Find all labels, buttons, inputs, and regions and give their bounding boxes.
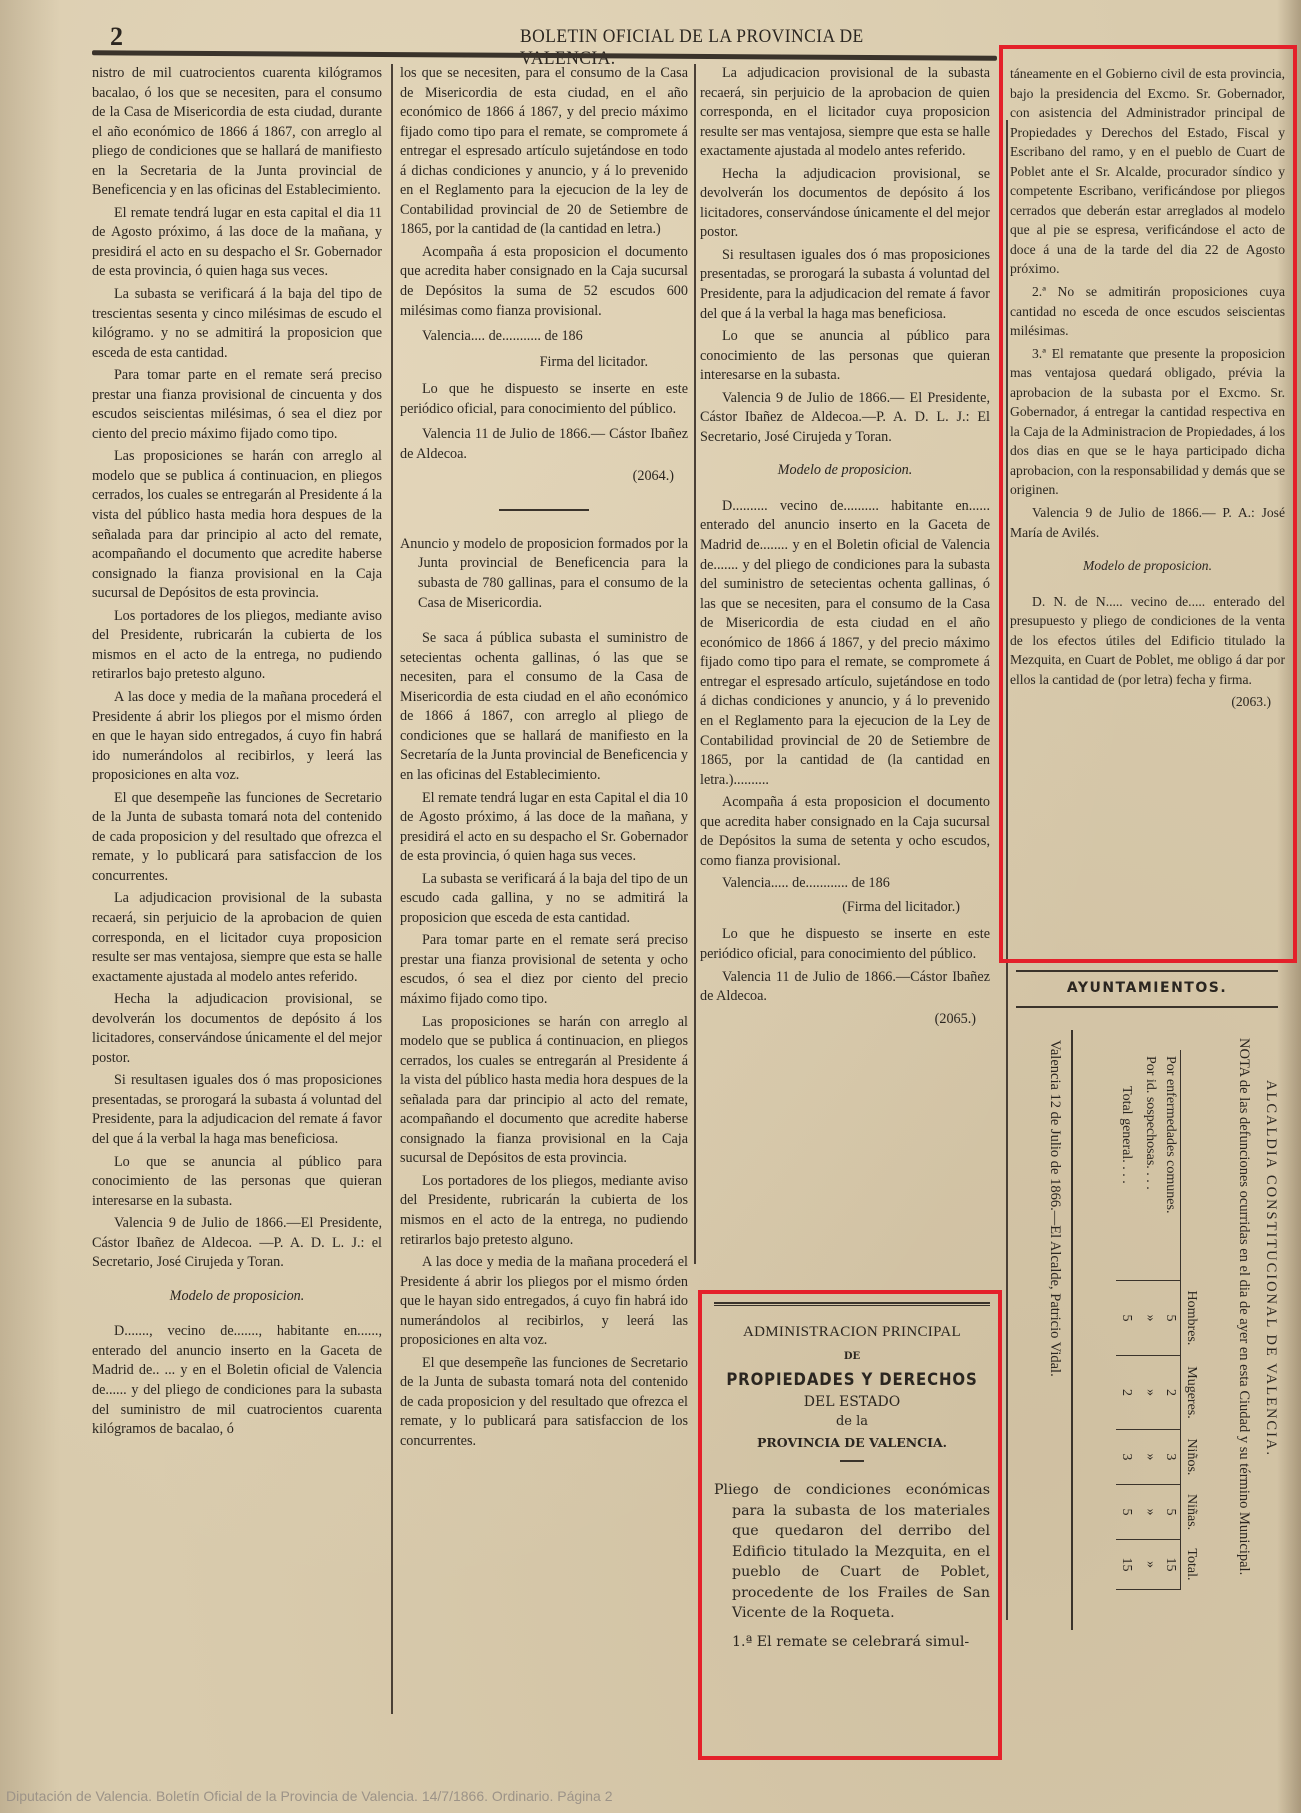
cell: 5 [1116, 1485, 1140, 1540]
article-paragraph: Se saca á pública subasta el suministro … [400, 629, 688, 785]
article-paragraph: A las doce y media de la mañana proceder… [400, 1253, 688, 1351]
table-header: Niñas. [1181, 1485, 1202, 1540]
table-row: Por enfermedades comunes. 5 2 3 5 15 [1160, 1050, 1181, 1590]
article-paragraph: Hecha la adjudicacion provisional, se de… [700, 165, 990, 243]
date-line: Valencia..... de............ de 186 [700, 874, 990, 894]
nota-text: NOTA de las defunciones ocurridas en el … [1234, 1030, 1253, 1590]
highlight-box-top-right [999, 45, 1297, 963]
closing-paragraph: Lo que he dispuesto se inserte en este p… [700, 925, 990, 964]
table-header-row: Hombres. Mugeres. Niños. Niñas. Total. [1181, 1050, 1202, 1590]
deaths-table: Hombres. Mugeres. Niños. Niñas. Total. P… [1116, 1050, 1201, 1590]
article-paragraph: El remate tendrá lugar en esta capital e… [92, 204, 382, 282]
article-paragraph: Lo que se anuncia al público para conoci… [700, 327, 990, 386]
model-text: D.......... vecino de.......... habitant… [700, 497, 990, 790]
cell: 15 [1160, 1539, 1181, 1589]
table-row-total: Total general. . . . 5 2 3 5 15 [1116, 1050, 1140, 1590]
row-label: Por id. sospechosas. . . . [1140, 1050, 1160, 1280]
reference-number: (2064.) [400, 467, 688, 487]
article-paragraph: El que desempeñe las funciones de Secret… [400, 1354, 688, 1452]
column-2: los que se necesiten, para el consumo de… [400, 64, 688, 1455]
article-paragraph: nistro de mil cuatrocientos cuarenta kil… [92, 64, 382, 201]
cell: » [1140, 1485, 1160, 1540]
article-paragraph: Las proposiciones se harán con arreglo a… [400, 1013, 688, 1169]
cell: » [1140, 1280, 1160, 1356]
article-paragraph: Hecha la adjudicacion provisional, se de… [92, 990, 382, 1068]
article-paragraph: A las doce y media de la mañana proceder… [92, 688, 382, 786]
article-paragraph: Para tomar parte en el remate será preci… [92, 366, 382, 444]
table-header [1181, 1050, 1202, 1280]
announcement-heading: Anuncio y modelo de proposicion formados… [400, 535, 688, 613]
column-1: nistro de mil cuatrocientos cuarenta kil… [92, 64, 382, 1443]
column-3: La adjudicacion provisional de la subast… [700, 64, 990, 1032]
cell: 5 [1116, 1280, 1140, 1356]
model-heading: Modelo de proposicion. [92, 1287, 382, 1307]
cell: 2 [1160, 1356, 1181, 1429]
article-paragraph: Acompaña á esta proposicion el documento… [400, 243, 688, 321]
closing-paragraph: Lo que he dispuesto se inserte en este p… [400, 380, 688, 419]
newspaper-page: 2 BOLETIN OFICIAL DE LA PROVINCIA DE VAL… [0, 0, 1301, 1813]
row-label: Total general. . . . [1116, 1050, 1140, 1280]
article-paragraph: Para tomar parte en el remate será preci… [400, 931, 688, 1009]
article-paragraph: Acompaña á esta proposicion el documento… [700, 793, 990, 871]
article-paragraph: Los portadores de los pliegos, mediante … [92, 607, 382, 685]
table-header: Total. [1181, 1539, 1202, 1589]
section-title: AYUNTAMIENTOS. [1012, 980, 1282, 996]
row-label: Por enfermedades comunes. [1160, 1050, 1181, 1280]
article-paragraph: Si resultasen iguales dos ó mas proposic… [700, 246, 990, 324]
page-gutter-shadow [0, 0, 60, 1813]
table-header: Mugeres. [1181, 1356, 1202, 1429]
reference-number: (2065.) [700, 1010, 990, 1030]
cell: » [1140, 1429, 1160, 1485]
article-paragraph: El remate tendrá lugar en esta Capital e… [400, 789, 688, 867]
section-rule [1016, 1006, 1278, 1008]
article-paragraph: Los portadores de los pliegos, mediante … [400, 1172, 688, 1250]
signoff: Valencia 11 de Julio de 1866.—Cástor Iba… [700, 968, 990, 1007]
ayuntamientos-section: AYUNTAMIENTOS. [1012, 970, 1282, 1008]
table-rule [1071, 1030, 1073, 1630]
page-number: 2 [110, 22, 123, 52]
cell: » [1140, 1539, 1160, 1589]
signature-line: Firma del licitador. [400, 353, 688, 373]
alcaldia-signoff: Valencia 12 de Julio de 1866.—El Alcalde… [1046, 1040, 1063, 1620]
article-paragraph: La subasta se verificará á la baja del t… [92, 285, 382, 363]
article-paragraph: Las proposiciones se harán con arreglo a… [92, 447, 382, 603]
model-text: D......., vecino de......., habitante en… [92, 1322, 382, 1439]
article-paragraph: La subasta se verificará á la baja del t… [400, 870, 688, 929]
table-header: Niños. [1181, 1429, 1202, 1485]
article-paragraph: los que se necesiten, para el consumo de… [400, 64, 688, 240]
page-header: 2 BOLETIN OFICIAL DE LA PROVINCIA DE VAL… [100, 18, 1000, 52]
signature-paragraph: Valencia 9 de Julio de 1866.—El Presiden… [92, 1214, 382, 1273]
signoff: Valencia 11 de Julio de 1866.— Cástor Ib… [400, 425, 688, 464]
date-line: Valencia.... de........... de 186 [400, 327, 688, 347]
highlight-box-bottom-center [698, 1290, 1002, 1760]
article-paragraph: Si resultasen iguales dos ó mas proposic… [92, 1071, 382, 1149]
section-rule [499, 509, 589, 511]
signature-line: (Firma del licitador.) [700, 898, 990, 918]
cell: 5 [1160, 1280, 1181, 1356]
section-rule [1016, 970, 1278, 972]
cell: 5 [1160, 1485, 1181, 1540]
article-paragraph: La adjudicacion provisional de la subast… [700, 64, 990, 162]
column-divider [694, 64, 696, 1264]
cell: 3 [1116, 1429, 1140, 1485]
article-paragraph: La adjudicacion provisional de la subast… [92, 889, 382, 987]
model-heading: Modelo de proposicion. [700, 461, 990, 481]
cell: 2 [1116, 1356, 1140, 1429]
table-header: Hombres. [1181, 1280, 1202, 1356]
footer-caption: Diputación de Valencia. Boletín Oficial … [6, 1788, 613, 1804]
rotated-content: ALCALDIA CONSTITUCIONAL DE VALENCIA. NOT… [1015, 1030, 1285, 1630]
cell: 3 [1160, 1429, 1181, 1485]
table-row: Por id. sospechosas. . . . » » » » » [1140, 1050, 1160, 1590]
alcaldia-title: ALCALDIA CONSTITUCIONAL DE VALENCIA. [1262, 1030, 1279, 1630]
cell: 15 [1116, 1539, 1140, 1589]
column-divider [391, 64, 393, 1714]
article-paragraph: El que desempeñe las funciones de Secret… [92, 789, 382, 887]
signature-paragraph: Valencia 9 de Julio de 1866.— El Preside… [700, 389, 990, 448]
article-paragraph: Lo que se anuncia al público para conoci… [92, 1153, 382, 1212]
cell: » [1140, 1356, 1160, 1429]
rotated-table-area: ALCALDIA CONSTITUCIONAL DE VALENCIA. NOT… [1015, 1030, 1285, 1630]
